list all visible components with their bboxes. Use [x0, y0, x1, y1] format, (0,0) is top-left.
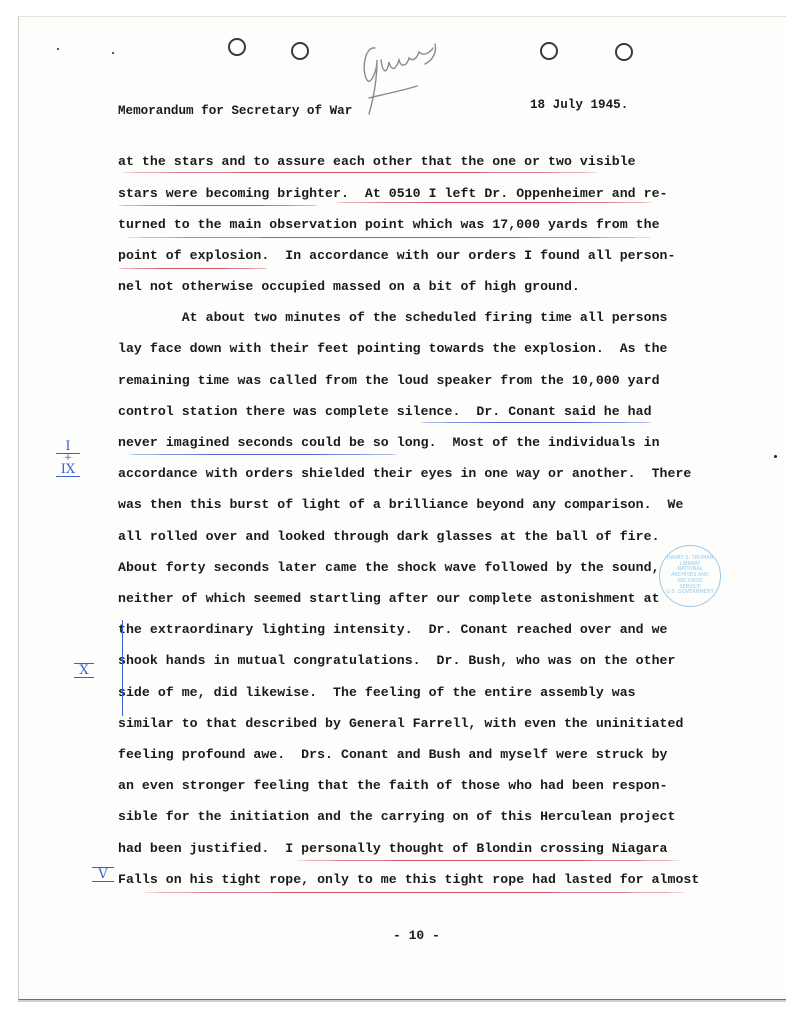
body-line: turned to the main observation point whi…	[118, 217, 660, 232]
red-underline	[142, 892, 687, 893]
body-line: neither of which seemed startling after …	[118, 591, 660, 606]
body-line: point of explosion. In accordance with o…	[118, 248, 675, 263]
margin-note-x: X	[74, 663, 94, 678]
body-line: remaining time was called from the loud …	[118, 373, 660, 388]
handwritten-signature	[355, 40, 455, 120]
margin-note-roman-numerals: I + IX	[56, 440, 80, 477]
blue-underline	[128, 454, 398, 455]
margin-bracket	[122, 620, 123, 716]
page-number: - 10 -	[393, 928, 440, 943]
body-line: at the stars and to assure each other th…	[118, 154, 636, 169]
body-line: control station there was complete silen…	[118, 404, 652, 419]
body-line: never imagined seconds could be so long.…	[118, 435, 660, 450]
memo-addressee: Memorandum for Secretary of War	[118, 104, 352, 118]
body-line: similar to that described by General Far…	[118, 716, 683, 731]
margin-note-v: V	[92, 867, 114, 882]
stamp-center-text: NATIONAL ARCHIVES AND RECORDS SERVICE	[670, 567, 710, 590]
body-line: an even stronger feeling that the faith …	[118, 778, 668, 793]
scan-speck	[57, 48, 59, 50]
body-line: the extraordinary lighting intensity. Dr…	[118, 622, 668, 637]
margin-note-top: I	[65, 439, 70, 454]
punch-hole-2	[291, 42, 309, 60]
body-line: At about two minutes of the scheduled fi…	[118, 310, 668, 325]
red-underline	[118, 205, 318, 206]
body-line: Falls on his tight rope, only to me this…	[118, 872, 699, 887]
archive-stamp: HARRY S. TRUMAN LIBRARY NATIONAL ARCHIVE…	[659, 545, 721, 607]
body-line: all rolled over and looked through dark …	[118, 529, 660, 544]
body-line: accordance with orders shielded their ey…	[118, 466, 691, 481]
red-underline	[120, 172, 600, 173]
blue-underline	[420, 422, 652, 423]
body-line: was then this burst of light of a brilli…	[118, 497, 683, 512]
scan-speck	[112, 52, 114, 54]
red-underline	[118, 268, 268, 269]
body-line: shook hands in mutual congratulations. D…	[118, 653, 675, 668]
punch-hole-4	[615, 43, 633, 61]
body-line: side of me, did likewise. The feeling of…	[118, 685, 636, 700]
red-underline	[125, 237, 653, 238]
body-line: About forty seconds later came the shock…	[118, 560, 660, 575]
red-underline	[296, 860, 681, 861]
body-line: sible for the initiation and the carryin…	[118, 809, 675, 824]
body-line: feeling profound awe. Drs. Conant and Bu…	[118, 747, 668, 762]
memo-date: 18 July 1945.	[530, 98, 628, 112]
body-line: had been justified. I personally thought…	[118, 841, 668, 856]
stamp-bottom-text: U.S. GOVERNMENT	[666, 590, 713, 596]
body-line: nel not otherwise occupied massed on a b…	[118, 279, 580, 294]
punch-hole-1	[228, 38, 246, 56]
punch-hole-3	[540, 42, 558, 60]
body-line: lay face down with their feet pointing t…	[118, 341, 668, 356]
scan-speck	[774, 455, 777, 458]
body-line: stars were becoming brighter. At 0510 I …	[118, 186, 668, 201]
margin-note-bottom: IX	[61, 462, 75, 477]
